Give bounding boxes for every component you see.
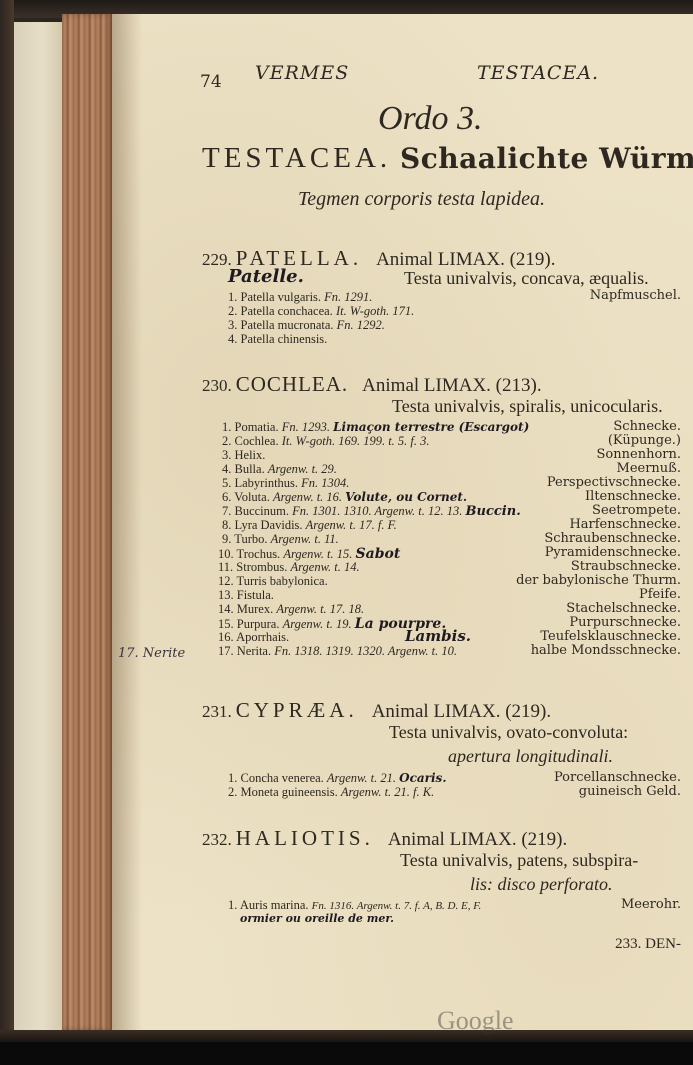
species-number: 4. — [228, 332, 237, 346]
species-item: 5. Labyrinthus. Fn. 1304. — [222, 476, 349, 491]
genus-animal: Animal LIMAX. (213). — [362, 375, 541, 396]
species-german: Perspectivschnecke. — [547, 475, 681, 490]
species-item: 17. Nerita. Fn. 1318. 1319. 1320. Argenw… — [218, 644, 457, 659]
species-number: 11. — [218, 560, 233, 574]
handwritten-note: Volute, ou Cornet. — [345, 490, 467, 504]
genus-description: apertura longitudinali. — [448, 746, 613, 767]
species-item: 1. Auris marina. Fn. 1316. Argenw. t. 7.… — [228, 898, 481, 913]
handwritten-note: Limaçon terrestre (Escargot) — [333, 420, 529, 434]
handwritten-note: Lambis. — [405, 627, 471, 645]
bottom-bar — [0, 1042, 693, 1065]
page-number: 74 — [200, 72, 222, 92]
species-name: Buccinum. — [235, 504, 290, 518]
genus-header: 232. HALIOTIS. Animal LIMAX. (219). — [202, 826, 567, 851]
book: 74 VERMES TESTACEA. Ordo 3. TESTACEA. Sc… — [0, 0, 693, 1040]
species-german: Pfeife. — [639, 587, 681, 602]
catchword: 233. DEN- — [615, 936, 681, 953]
genus-number: 231. — [202, 702, 232, 721]
species-german: Iltenschnecke. — [585, 489, 681, 504]
species-ref: Fn. 1318. 1319. 1320. Argenw. t. 10. — [274, 644, 457, 658]
species-number: 10. — [218, 547, 234, 561]
species-german: Stachelschnecke. — [566, 601, 681, 616]
species-name: Patella mucronata. — [241, 318, 334, 332]
species-item: 12. Turris babylonica. — [218, 574, 328, 589]
genus-name: COCHLEA. — [236, 372, 348, 396]
margin-note: 17. Nerite — [118, 646, 185, 661]
species-name: Patella conchacea. — [241, 304, 333, 318]
species-item: 14. Murex. Argenw. t. 17. 18. — [218, 602, 364, 617]
species-item: 9. Turbo. Argenw. t. 11. — [222, 532, 339, 547]
species-number: 5. — [222, 476, 231, 490]
species-ref: Argenw. t. 19. — [283, 617, 352, 631]
species-item: 2. Cochlea. It. W-goth. 169. 199. t. 5. … — [222, 434, 430, 449]
species-item: 8. Lyra Davidis. Argenw. t. 17. f. F. — [222, 518, 397, 533]
species-german: Seetrompete. — [592, 503, 681, 518]
species-name: Labyrinthus. — [235, 476, 299, 490]
species-german: Schnecke. — [613, 419, 681, 434]
species-item: 4. Patella chinensis. — [228, 332, 327, 347]
species-number: 1. — [222, 420, 231, 434]
species-number: 14. — [218, 602, 234, 616]
species-name: Helix. — [235, 448, 266, 462]
species-german: Straubschnecke. — [571, 559, 681, 574]
species-ref: Argenw. t. 21. — [327, 771, 396, 785]
species-german: Sonnenhorn. — [597, 447, 681, 462]
species-name: Bulla. — [235, 462, 265, 476]
genus-name: CYPRÆA. — [236, 698, 358, 722]
species-ref: Fn. 1292. — [337, 318, 385, 332]
handwritten-note: Sabot — [356, 546, 401, 562]
species-german: (Küpunge.) — [608, 433, 681, 448]
species-name: Concha venerea. — [241, 771, 324, 785]
species-item: 11. Strombus. Argenw. t. 14. — [218, 560, 360, 575]
species-number: 9. — [222, 532, 231, 546]
handwritten-note: ormier ou oreille de mer. — [240, 912, 394, 925]
species-name: Lyra Davidis. — [235, 518, 303, 532]
species-ref: It. W-goth. 169. 199. t. 5. f. 3. — [282, 434, 430, 448]
species-ref: Argenw. t. 14. — [290, 560, 359, 574]
species-german: Schraubenschnecke. — [544, 531, 681, 546]
gutter-shadow — [112, 14, 142, 1030]
species-ref: Argenw. t. 16. — [273, 490, 342, 504]
species-number: 1. — [228, 290, 237, 304]
ordo-heading: Ordo 3. — [378, 100, 483, 138]
species-number: 15. — [218, 617, 234, 631]
genus-description: Testa univalvis, spiralis, unicocularis. — [392, 396, 663, 417]
handwritten-note: Patelle. — [228, 266, 304, 287]
species-item: 1. Pomatia. Fn. 1293. Limaçon terrestre … — [222, 420, 529, 435]
species-item: 3. Helix. — [222, 448, 265, 463]
species-name: Patella chinensis. — [241, 332, 328, 346]
species-name: Auris marina. — [240, 898, 309, 912]
species-number: 3. — [222, 448, 231, 462]
species-item: 3. Patella mucronata. Fn. 1292. — [228, 318, 385, 333]
flyleaf — [14, 22, 62, 1030]
species-item: 1. Concha venerea. Argenw. t. 21. Ocaris… — [228, 771, 447, 786]
species-name: Voluta. — [234, 490, 270, 504]
subtitle: Tegmen corporis testa lapidea. — [298, 188, 545, 211]
species-item: 6. Voluta. Argenw. t. 16. Volute, ou Cor… — [222, 490, 467, 505]
species-name: Cochlea. — [235, 434, 279, 448]
genus-description: lis: disco perforato. — [470, 874, 613, 895]
handwritten-note: Ocaris. — [399, 771, 446, 785]
species-german: der babylonische Thurm. — [516, 573, 681, 588]
species-number: 6. — [222, 490, 231, 504]
species-number: 17. — [218, 644, 234, 658]
title-latin: TESTACEA. — [202, 142, 391, 175]
species-name: Strombus. — [236, 560, 287, 574]
species-german: Teufelsklauschnecke. — [540, 629, 681, 644]
species-item: 2. Patella conchacea. It. W-goth. 171. — [228, 304, 414, 319]
title-german: Schaalichte Würme. — [400, 142, 693, 175]
species-number: 4. — [222, 462, 231, 476]
species-german: Meernuß. — [617, 461, 681, 476]
genus-number: 232. — [202, 830, 232, 849]
species-number: 3. — [228, 318, 237, 332]
species-item: 7. Buccinum. Fn. 1301. 1310. Argenw. t. … — [222, 504, 521, 519]
handwritten-note: Buccin. — [466, 504, 521, 519]
species-german: Harfenschnecke. — [569, 517, 681, 532]
genus-description: Testa univalvis, concava, æqualis. — [404, 268, 649, 289]
species-ref: Fn. 1301. 1310. Argenw. t. 12. 13. — [292, 504, 462, 518]
species-name: Purpura. — [237, 617, 280, 631]
species-ref: Fn. 1291. — [324, 290, 372, 304]
book-cover-bottom — [0, 1030, 693, 1042]
genus-header: 231. CYPRÆA. Animal LIMAX. (219). — [202, 698, 551, 723]
species-ref: Fn. 1304. — [301, 476, 349, 490]
species-ref: Argenw. t. 29. — [268, 462, 337, 476]
species-german: Napfmuschel. — [590, 288, 681, 303]
species-german: Meerohr. — [621, 897, 681, 912]
genus-number: 230. — [202, 376, 232, 395]
species-number: 1. — [228, 771, 237, 785]
species-name: Pomatia. — [235, 420, 279, 434]
species-item: 13. Fistula. — [218, 588, 274, 603]
species-ref: Argenw. t. 17. 18. — [276, 602, 364, 616]
species-german: Pyramidenschnecke. — [545, 545, 681, 560]
species-german: halbe Mondsschnecke. — [531, 643, 681, 658]
description-line: Testa univalvis, concava, æqualis. — [404, 268, 649, 288]
species-number: 16. — [218, 630, 234, 644]
species-name: Turris babylonica. — [237, 574, 328, 588]
google-watermark: Google — [437, 1006, 514, 1036]
species-name: Nerita. — [237, 644, 271, 658]
species-number: 2. — [222, 434, 231, 448]
species-item: 2. Moneta guineensis. Argenw. t. 21. f. … — [228, 785, 434, 800]
species-item: 1. Patella vulgaris. Fn. 1291. — [228, 290, 372, 305]
species-number: 12. — [218, 574, 234, 588]
page-edges — [62, 14, 112, 1030]
species-name: Fistula. — [237, 588, 274, 602]
genus-header: 230. COCHLEA. Animal LIMAX. (213). — [202, 372, 542, 397]
book-cover-left — [0, 0, 14, 1040]
running-head-right: TESTACEA. — [477, 62, 599, 84]
species-number: 1. — [228, 898, 237, 912]
running-head-left: VERMES — [255, 62, 349, 84]
species-german: Porcellanschnecke. — [554, 770, 681, 785]
species-name: Patella vulgaris. — [241, 290, 322, 304]
genus-animal: Animal LIMAX. (219). — [388, 829, 567, 850]
genus-animal: Animal LIMAX. (219). — [376, 249, 555, 270]
species-name: Trochus. — [237, 547, 281, 561]
species-number: 13. — [218, 588, 234, 602]
species-german: guineisch Geld. — [579, 784, 681, 799]
genus-name: HALIOTIS. — [236, 826, 374, 850]
species-ref: Argenw. t. 21. f. K. — [341, 785, 434, 799]
species-item: 4. Bulla. Argenw. t. 29. — [222, 462, 337, 477]
species-german: Purpurschnecke. — [569, 615, 681, 630]
species-number: 2. — [228, 304, 237, 318]
genus-description: Testa univalvis, patens, subspira- — [400, 850, 638, 871]
species-name: Moneta guineensis. — [241, 785, 338, 799]
species-name: Aporrhais. — [236, 630, 289, 644]
species-number: 8. — [222, 518, 231, 532]
species-ref: Fn. 1316. Argenw. t. 7. f. A, B. D. E, F… — [312, 900, 482, 912]
species-number: 2. — [228, 785, 237, 799]
genus-description: Testa univalvis, ovato-convoluta: — [389, 722, 628, 743]
species-ref: Fn. 1293. — [282, 420, 330, 434]
species-ref: Argenw. t. 15. — [283, 547, 352, 561]
species-name: Turbo. — [234, 532, 267, 546]
species-name: Murex. — [237, 602, 273, 616]
species-item: 16. Aporrhais. — [218, 630, 289, 645]
species-ref: Argenw. t. 11. — [271, 532, 339, 546]
genus-animal: Animal LIMAX. (219). — [372, 701, 551, 722]
species-ref: It. W-goth. 171. — [336, 304, 414, 318]
species-number: 7. — [222, 504, 231, 518]
species-ref: Argenw. t. 17. f. F. — [306, 518, 397, 532]
